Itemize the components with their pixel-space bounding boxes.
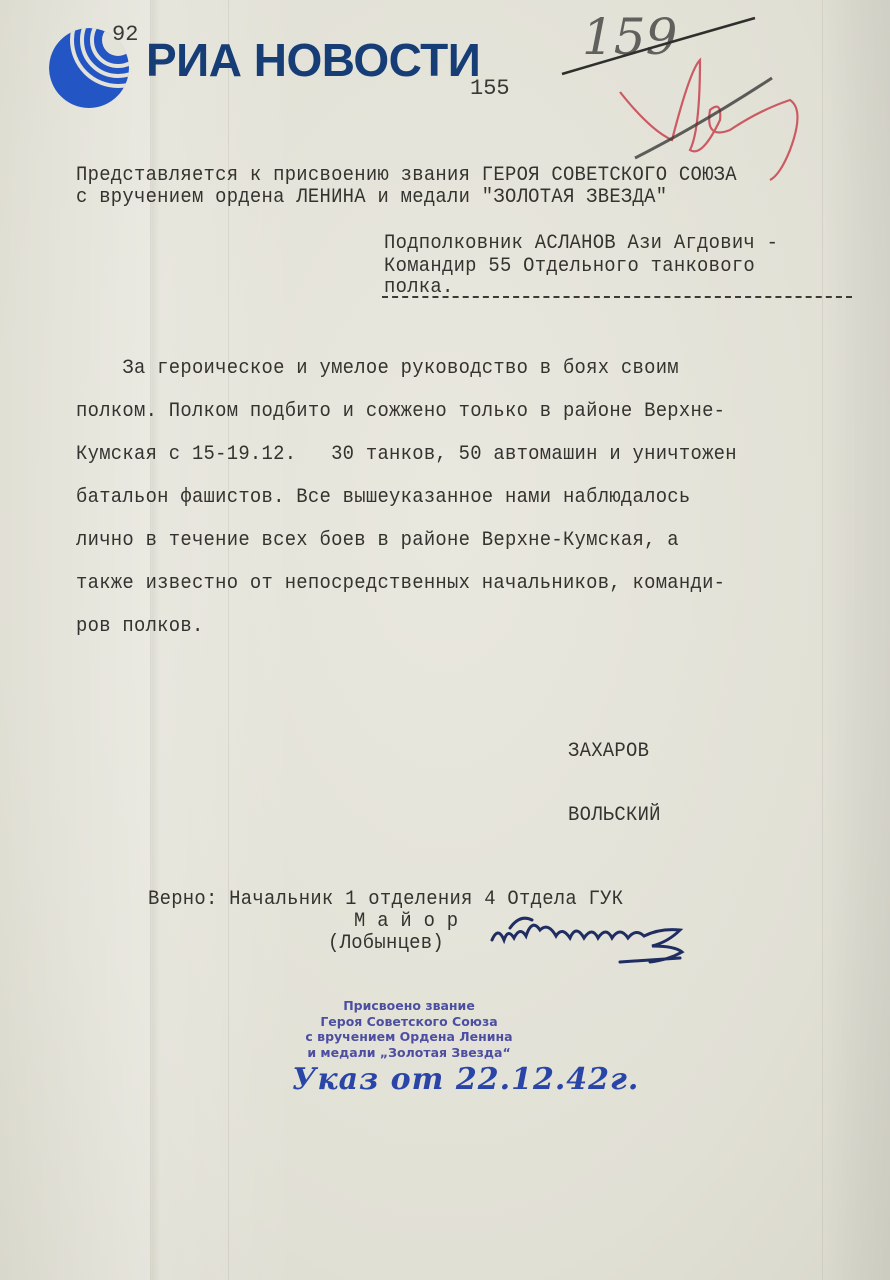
body-line: также известно от непосредственных начал… [76, 572, 725, 595]
corner-archive-number: 92 [112, 22, 138, 47]
body-line: Кумская с 15-19.12. 30 танков, 50 автома… [76, 443, 737, 466]
ria-novosti-wordmark: РИА НОВОСТИ [146, 33, 480, 87]
stamp-line: с вручением Ордена Ленина [284, 1029, 534, 1045]
body-line: лично в течение всех боев в районе Верхн… [76, 529, 679, 552]
signatory-zakharov: ЗАХАРОВ [568, 740, 649, 763]
nomination-header-line-1: Представляется к присвоению звания ГЕРОЯ… [76, 164, 737, 187]
decree-date-handwritten: Указ от 22.12.42г. [292, 1062, 639, 1097]
certification-rank: М а й о р [354, 910, 458, 933]
body-line: батальон фашистов. Все вышеуказанное нам… [76, 486, 690, 509]
certification-line: Верно: Начальник 1 отделения 4 Отдела ГУ… [148, 888, 623, 911]
stamp-line: Героя Советского Союза [284, 1014, 534, 1030]
nominee-rank-name: Подполковник АСЛАНОВ Ази Агдович - [384, 232, 778, 255]
body-line: За героическое и умелое руководство в бо… [76, 357, 679, 380]
certification-name: (Лобынцев) [328, 932, 444, 955]
stamp-line: Присвоено звание [284, 998, 534, 1014]
nomination-header-line-2: с вручением ордена ЛЕНИНА и медали "ЗОЛО… [76, 186, 667, 209]
body-line: полком. Полком подбито и сожжено только … [76, 400, 725, 423]
signatory-volsky: ВОЛЬСКИЙ [568, 804, 661, 827]
nominee-underline [382, 296, 852, 298]
crossed-pencil-number: 159 [582, 8, 677, 66]
stamp-line: и медали „Золотая Звезда“ [284, 1045, 534, 1061]
award-stamp: Присвоено звание Героя Советского Союза … [284, 998, 534, 1060]
nominee-position: Командир 55 Отдельного танкового [384, 255, 755, 278]
paper-fold [822, 0, 823, 1280]
red-pencil-mark [620, 60, 798, 180]
body-line: ров полков. [76, 615, 204, 638]
signature [492, 918, 682, 962]
page-number: 155 [470, 76, 510, 101]
